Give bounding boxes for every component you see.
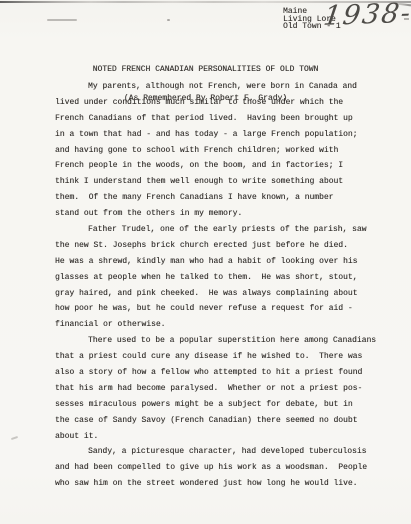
text-line: and having gone to school with French ch… — [55, 143, 395, 159]
text-line: glasses at people when he talked to them… — [55, 270, 395, 286]
text-line: about it. — [55, 429, 395, 445]
text-line: the new St. Josephs brick church erected… — [55, 238, 395, 254]
text-line: and had been compelled to give up his wo… — [55, 460, 395, 476]
text-line: He was a shrewd, kindly man who had a ha… — [55, 254, 395, 270]
text-line: My parents, although not French, were bo… — [55, 79, 395, 95]
text-line: financial or otherwise. — [55, 317, 395, 333]
text-line: how poor he was, but he could never refu… — [55, 301, 395, 317]
text-line: think I understand them well enough to w… — [55, 174, 395, 190]
text-line: French Canadians of that period lived. H… — [55, 111, 395, 127]
pencil-mark — [47, 19, 77, 21]
document-title: NOTED FRENCH CANADIAN PERSONALITIES OF O… — [0, 65, 411, 75]
text-line: lived under conditions much similar to t… — [55, 95, 395, 111]
text-line: stand out from the others in my memory. — [55, 206, 395, 222]
text-line: in a town that had - and has today - a l… — [55, 127, 395, 143]
paragraph: Sandy, a picturesque character, had deve… — [55, 444, 395, 492]
text-line: gray haired, and pink cheeked. He was al… — [55, 286, 395, 302]
pencil-mark — [11, 436, 18, 440]
scanned-document-page: MaineLiving LoreOld Town - 1 1938-9 NOTE… — [0, 0, 411, 524]
text-line: French people in the woods, on the boom,… — [55, 158, 395, 174]
text-line: who saw him on the street wondered just … — [55, 476, 395, 492]
text-line: Sandy, a picturesque character, had deve… — [55, 444, 395, 460]
text-line: that his arm had become paralysed. Wheth… — [55, 381, 395, 397]
paragraph: There used to be a popular superstition … — [55, 333, 395, 444]
text-line: Father Trudel, one of the early priests … — [55, 222, 395, 238]
text-line: the case of Sandy Savoy (French Canadian… — [55, 413, 395, 429]
text-line: also a story of how a fellow who attempt… — [55, 365, 395, 381]
document-body: My parents, although not French, were bo… — [55, 79, 395, 492]
handwritten-year-annotation: 1938-9 — [322, 0, 411, 32]
pencil-mark — [167, 19, 170, 21]
text-line: sesses miraculous powers might be a subj… — [55, 397, 395, 413]
paragraph: Father Trudel, one of the early priests … — [55, 222, 395, 333]
text-line: them. Of the many French Canadians I hav… — [55, 190, 395, 206]
paragraph: My parents, although not French, were bo… — [55, 79, 395, 222]
text-line: that a priest could cure any disease if … — [55, 349, 395, 365]
text-line: There used to be a popular superstition … — [55, 333, 395, 349]
